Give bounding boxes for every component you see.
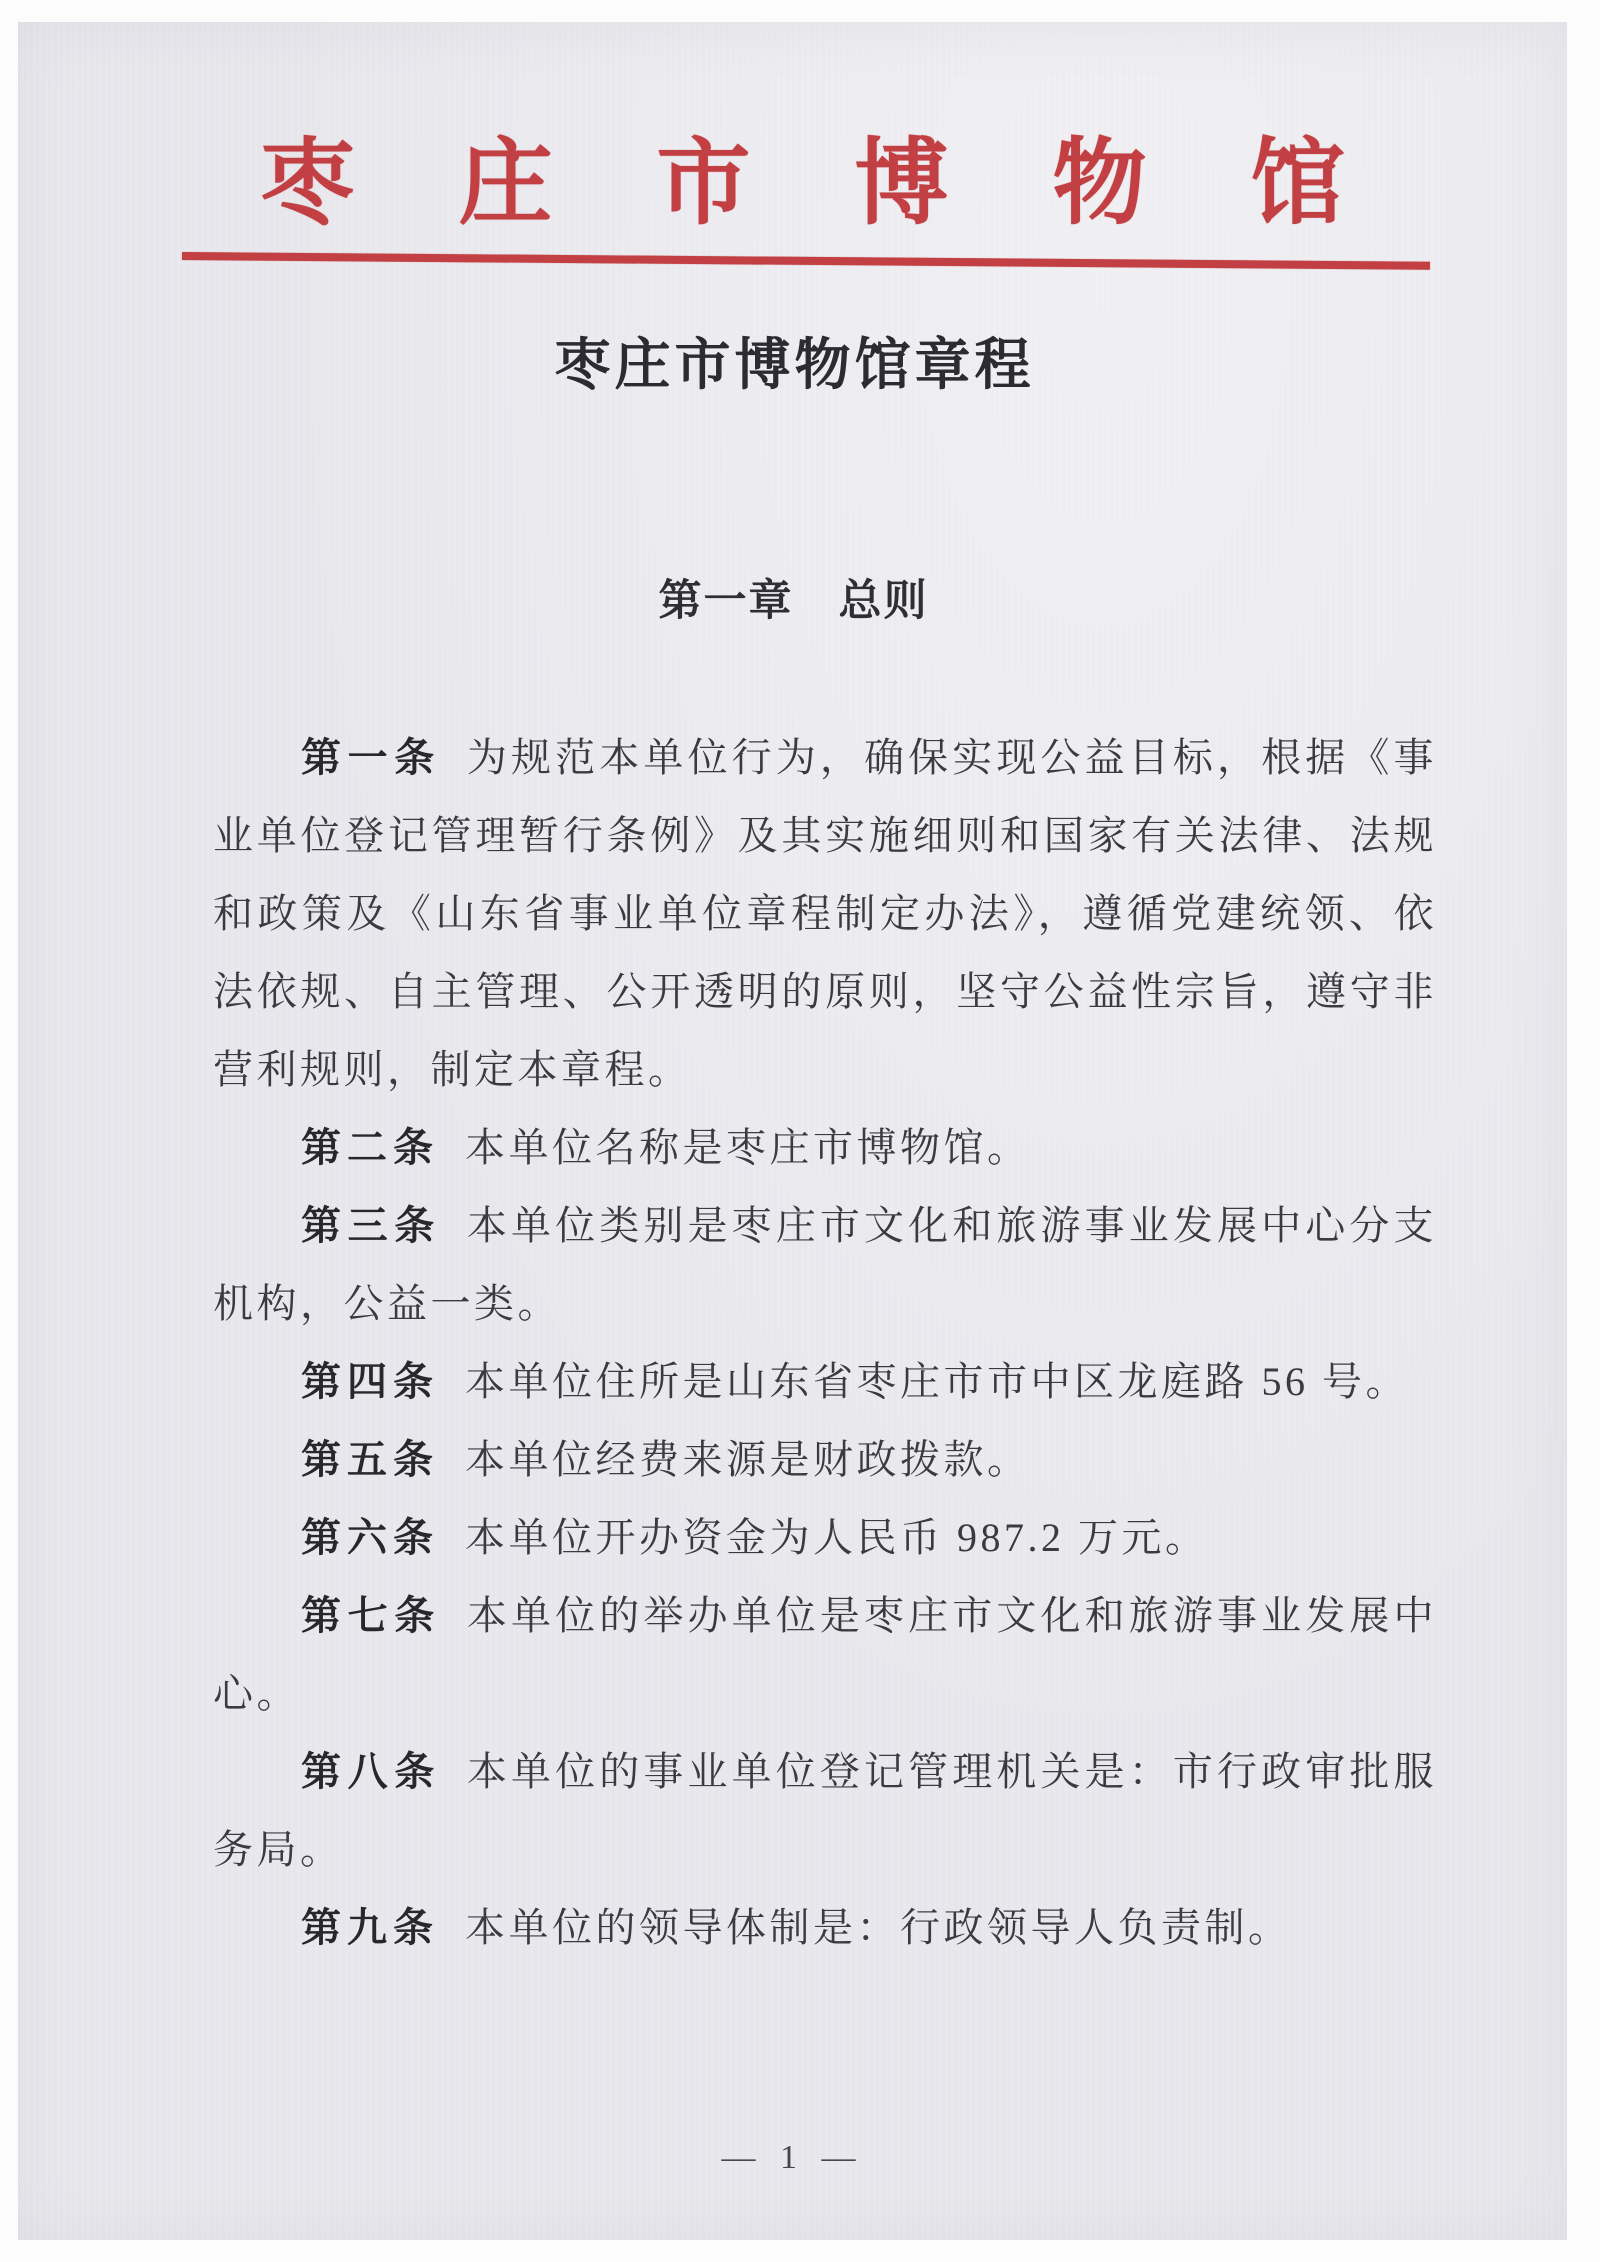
page-number: — 1 — bbox=[18, 2136, 1567, 2180]
letterhead-title: 枣庄市博物馆 bbox=[28, 130, 1577, 238]
article-paragraph: 第八条本单位的事业单位登记管理机关是：市行政审批服务局。 bbox=[213, 1733, 1437, 1889]
article-text: 本单位开办资金为人民币 987.2 万元。 bbox=[465, 1515, 1209, 1560]
article-text: 本单位的领导体制是：行政领导人负责制。 bbox=[465, 1905, 1292, 1950]
article-number: 第八条 bbox=[301, 1749, 441, 1794]
article-number: 第九条 bbox=[301, 1905, 439, 1950]
article-text: 为规范本单位行为，确保实现公益目标，根据《事业单位登记管理暂行条例》及其实施细则… bbox=[213, 735, 1437, 1092]
article-paragraph: 第四条本单位住所是山东省枣庄市市中区龙庭路 56 号。 bbox=[213, 1343, 1437, 1421]
article-paragraph: 第一条为规范本单位行为，确保实现公益目标，根据《事业单位登记管理暂行条例》及其实… bbox=[213, 719, 1437, 1109]
article-number: 第五条 bbox=[301, 1437, 439, 1482]
article-text: 本单位名称是枣庄市博物馆。 bbox=[465, 1125, 1031, 1170]
scanned-document: 枣庄市博物馆 枣庄市博物馆章程 第一章 总则 第一条为规范本单位行为，确保实现公… bbox=[0, 0, 1600, 2262]
article-number: 第六条 bbox=[301, 1515, 439, 1560]
document-title: 枣庄市博物馆章程 bbox=[18, 334, 1567, 398]
chapter-heading: 第一章 总则 bbox=[18, 576, 1567, 628]
article-number: 第一条 bbox=[301, 735, 441, 780]
article-paragraph: 第二条本单位名称是枣庄市博物馆。 bbox=[213, 1109, 1437, 1187]
article-number: 第二条 bbox=[301, 1125, 439, 1170]
article-number: 第三条 bbox=[301, 1203, 441, 1248]
article-text: 本单位住所是山东省枣庄市市中区龙庭路 56 号。 bbox=[465, 1359, 1409, 1404]
article-text: 本单位经费来源是财政拨款。 bbox=[465, 1437, 1031, 1482]
article-paragraph: 第七条本单位的举办单位是枣庄市文化和旅游事业发展中心。 bbox=[213, 1577, 1437, 1733]
article-list: 第一条为规范本单位行为，确保实现公益目标，根据《事业单位登记管理暂行条例》及其实… bbox=[213, 719, 1437, 1967]
paper-page: 枣庄市博物馆 枣庄市博物馆章程 第一章 总则 第一条为规范本单位行为，确保实现公… bbox=[18, 22, 1567, 2240]
article-paragraph: 第五条本单位经费来源是财政拨款。 bbox=[213, 1421, 1437, 1499]
article-number: 第七条 bbox=[301, 1593, 441, 1638]
article-number: 第四条 bbox=[301, 1359, 439, 1404]
letterhead-divider-line bbox=[182, 252, 1430, 270]
article-paragraph: 第六条本单位开办资金为人民币 987.2 万元。 bbox=[213, 1499, 1437, 1577]
article-paragraph: 第三条本单位类别是枣庄市文化和旅游事业发展中心分支机构，公益一类。 bbox=[213, 1187, 1437, 1343]
article-paragraph: 第九条本单位的领导体制是：行政领导人负责制。 bbox=[213, 1889, 1437, 1967]
